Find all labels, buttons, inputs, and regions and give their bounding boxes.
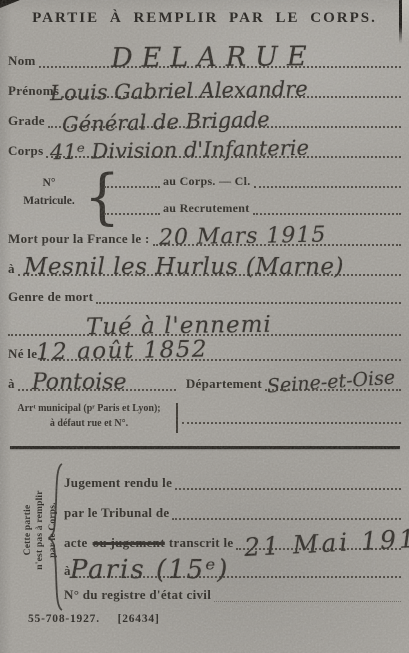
dotted-line — [175, 462, 401, 490]
field-matricule-recrutement: au Recrutement — [104, 199, 401, 215]
field-matricule-corps: au Corps. — Cl. — [104, 172, 401, 188]
reference-number: [26434] — [118, 613, 160, 625]
arr-divider-bar — [176, 403, 178, 433]
dotted-line: Pontoise — [18, 363, 176, 391]
matricule-au-recrutement-label: au Recrutement — [160, 202, 253, 215]
dotted-line — [96, 280, 401, 304]
dotted-line: Seine-et-Oise — [265, 363, 401, 391]
dotted-line: 41ᵉ Division d'Infanterie — [46, 132, 401, 158]
dotted-line: Louis Gabriel Alexandre — [62, 72, 401, 98]
scan-edge-backing — [402, 0, 409, 42]
footer-print-info: 55-708-1927. [26434] — [28, 613, 174, 625]
dotted-line: 21 Mai 1915 — [236, 522, 401, 550]
field-ne-lieu: à Pontoise Département Seine-et-Oise — [8, 365, 401, 391]
field-arr-municipal-label: Arrᵗ municipal (pʳ Paris et Lyon); à déf… — [8, 402, 170, 433]
dotted-line: Mesnil les Hurlus (Marne) — [18, 248, 401, 276]
field-prenoms-value: Louis Gabriel Alexandre — [50, 79, 308, 104]
field-mort-le-label: Mort pour la France le : — [8, 232, 153, 246]
field-acte-lieu: à Paris (15ᵉ) — [64, 552, 401, 578]
field-jugement-label: Jugement rendu le — [64, 476, 175, 490]
field-genre-mort-label: Genre de mort — [8, 290, 96, 304]
record-card: PARTIE À REMPLIR PAR LE CORPS. Nom DELAR… — [0, 0, 409, 653]
field-tribunal: par le Tribunal de — [64, 494, 401, 520]
field-jugement: Jugement rendu le — [64, 464, 401, 490]
page-title: PARTIE À REMPLIR PAR LE CORPS. — [0, 10, 409, 27]
print-code: 55-708-1927. — [28, 613, 100, 625]
field-mort-lieu-label: à — [8, 262, 18, 276]
dotted-line — [214, 577, 401, 602]
dotted-line: 20 Mars 1915 — [153, 218, 401, 246]
judgment-brace — [46, 462, 66, 612]
field-mort-le: Mort pour la France le : 20 Mars 1915 — [8, 220, 401, 246]
dotted-line: DELARUE — [39, 42, 401, 68]
field-ne-le: Né le 12 août 1852 — [8, 335, 401, 361]
scan-corner-mark — [0, 0, 20, 8]
field-mort-le-value: 20 Mars 1915 — [158, 225, 326, 250]
field-nom-value: DELARUE — [111, 43, 316, 72]
dotted-line: Paris (15ᵉ) — [74, 550, 401, 578]
field-nom: Nom DELARUE — [8, 44, 401, 68]
field-corps-value: 41ᵉ Division d'Infanterie — [50, 138, 309, 164]
dotted-line: 12 août 1852 — [40, 333, 401, 361]
field-departement-value: Seine-et-Oise — [267, 369, 396, 397]
arr-label-line2: à défaut rue et N°. — [8, 417, 170, 432]
field-mort-lieu-value: Mesnil les Hurlus (Marne) — [24, 256, 344, 279]
matricule-label-word: Matricule. — [16, 192, 82, 210]
dotted-line — [254, 170, 401, 188]
arr-label-line1: Arrᵗ municipal (pʳ Paris et Lyon); — [8, 402, 170, 417]
field-ne-le-value: 12 août 1852 — [36, 339, 208, 365]
field-acte-prefix: acte — [64, 536, 91, 550]
field-corps-label: Corps — [8, 144, 46, 158]
field-grade: Grade Général de Brigade — [8, 104, 401, 128]
field-acte-suffix: transcrit le — [167, 536, 237, 550]
dotted-line — [172, 492, 401, 520]
field-genre-mort: Genre de mort — [8, 282, 401, 304]
field-nom-label: Nom — [8, 54, 39, 68]
matricule-au-corps-label: au Corps. — Cl. — [160, 175, 254, 188]
field-registre: N° du registre d'état civil — [64, 578, 401, 602]
field-registre-label: N° du registre d'état civil — [64, 588, 214, 602]
field-matricule-label: N° Matricule. — [16, 174, 82, 211]
field-arr-municipal: Arrᵗ municipal (pʳ Paris et Lyon); à déf… — [8, 402, 401, 433]
field-corps: Corps 41ᵉ Division d'Infanterie — [8, 134, 401, 158]
field-mort-lieu: à Mesnil les Hurlus (Marne) — [8, 250, 401, 276]
field-ne-lieu-value: Pontoise — [32, 372, 127, 394]
scan-edge-line — [399, 0, 402, 44]
dotted-line — [104, 197, 160, 215]
field-departement-label: Département — [176, 377, 265, 391]
field-prenoms: Prénoms Louis Gabriel Alexandre — [8, 74, 401, 98]
matricule-label-no: N° — [16, 174, 82, 192]
sidebar-note-line2: n'est pas à remplir — [34, 460, 46, 600]
field-genre-mort-entry: Tué à l'ennemi — [8, 306, 401, 336]
field-tribunal-label: par le Tribunal de — [64, 506, 172, 520]
field-ne-lieu-label: à — [8, 377, 18, 391]
dotted-line — [253, 197, 401, 215]
dotted-line: Tué à l'ennemi — [8, 304, 401, 336]
field-acte-transcrit: acte ou jugement transcrit le 21 Mai 191… — [64, 524, 401, 550]
sidebar-note-line1: Cette partie — [22, 460, 34, 600]
field-grade-label: Grade — [8, 114, 48, 128]
field-acte-struck-words: ou jugement — [91, 536, 167, 550]
dotted-line — [182, 402, 401, 424]
section-divider — [10, 446, 400, 449]
dotted-line — [104, 170, 160, 188]
dotted-line: Général de Brigade — [48, 102, 401, 128]
